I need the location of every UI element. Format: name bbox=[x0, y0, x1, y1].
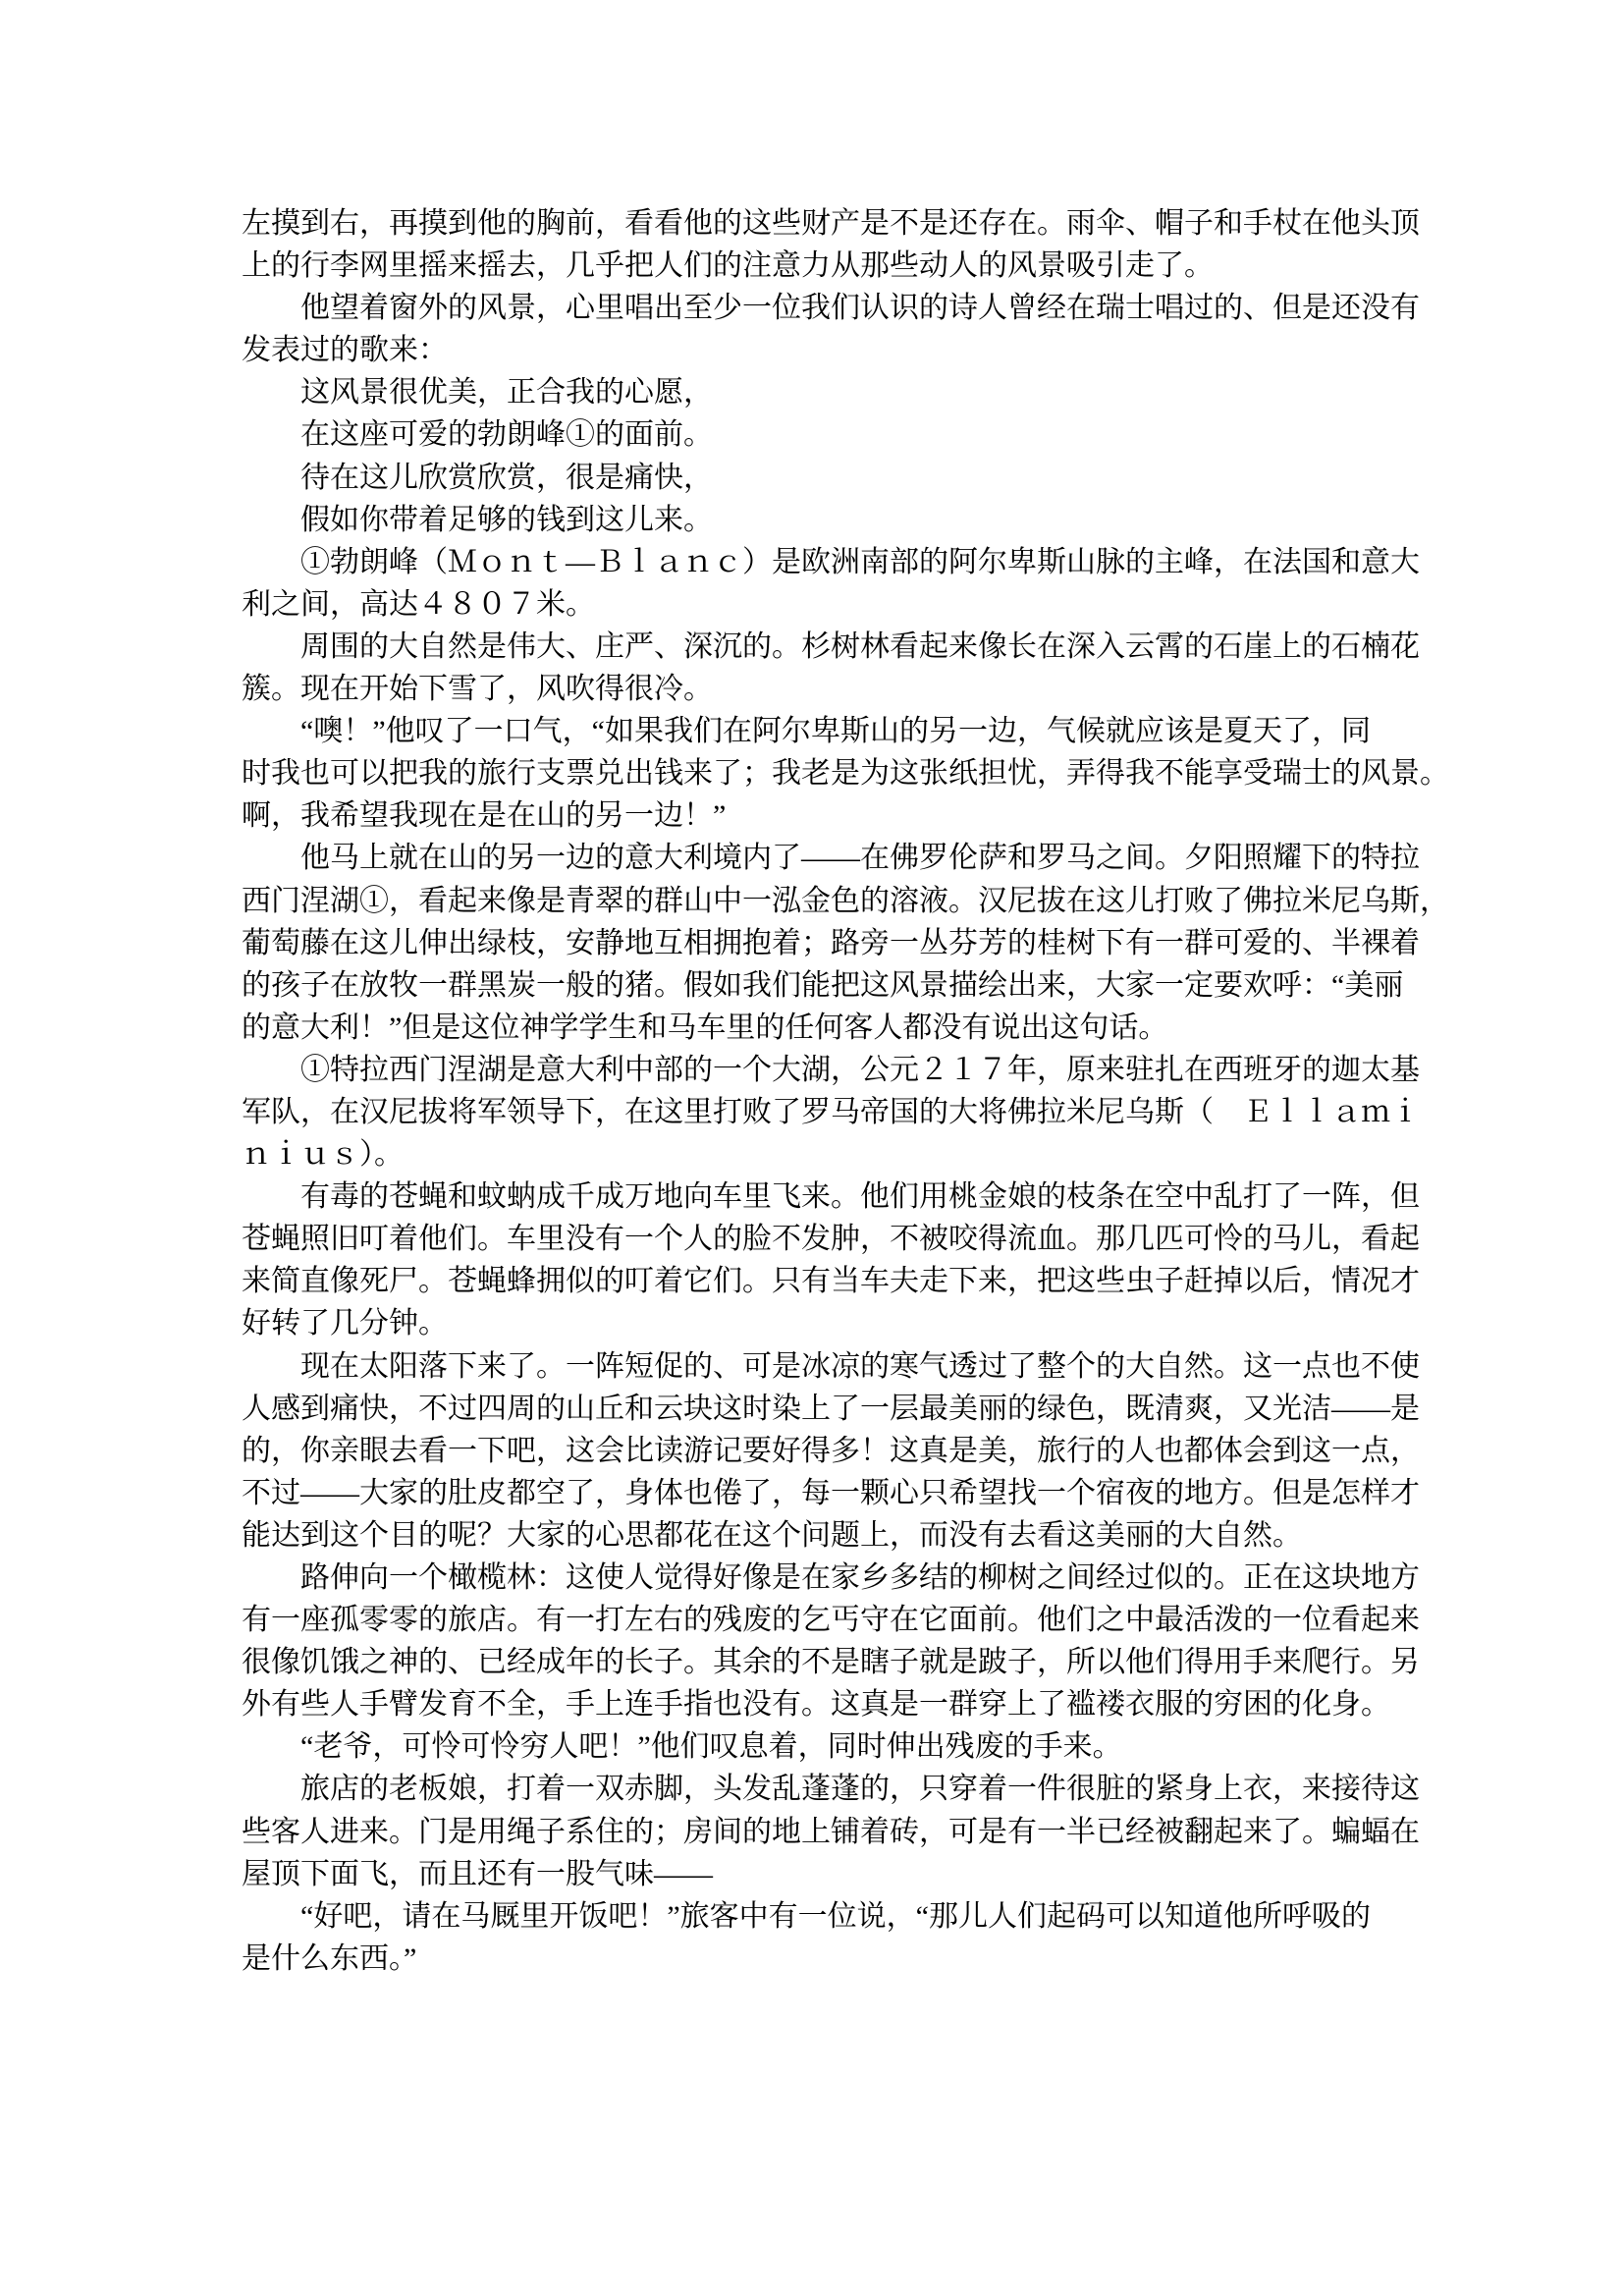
text-line: 西门涅湖①，看起来像是青翠的群山中一泓金色的溶液。汉尼拔在这儿打败了佛拉米尼乌斯… bbox=[242, 880, 1479, 922]
text-line: 苍蝇照旧叮着他们。车里没有一个人的脸不发肿，不被咬得流血。那几匹可怜的马儿，看起 bbox=[242, 1218, 1479, 1260]
text-line: 有一座孤零零的旅店。有一打左右的残废的乞丐守在它面前。他们之中最活泼的一位看起来 bbox=[242, 1599, 1479, 1641]
text-line: 发表过的歌来： bbox=[242, 329, 1479, 371]
text-line: ①特拉西门涅湖是意大利中部的一个大湖，公元２１７年，原来驻扎在西班牙的迦太基 bbox=[242, 1049, 1479, 1091]
text-line: 时我也可以把我的旅行支票兑出钱来了；我老是为这张纸担忧，弄得我不能享受瑞士的风景… bbox=[242, 752, 1479, 794]
text-column: 左摸到右，再摸到他的胸前，看看他的这些财产是不是还存在。雨伞、帽子和手杖在他头顶… bbox=[242, 202, 1479, 1980]
text-line: 假如你带着足够的钱到这儿来。 bbox=[242, 499, 1479, 541]
text-line: “老爷，可怜可怜穷人吧！”他们叹息着，同时伸出残废的手来。 bbox=[242, 1725, 1479, 1768]
text-line: 葡萄藤在这儿伸出绿枝，安静地互相拥抱着；路旁一丛芬芳的桂树下有一群可爱的、半裸着 bbox=[242, 922, 1479, 964]
text-line: 利之间，高达４８０７米。 bbox=[242, 583, 1479, 626]
text-line: 他马上就在山的另一边的意大利境内了——在佛罗伦萨和罗马之间。夕阳照耀下的特拉 bbox=[242, 837, 1479, 879]
text-line: 人感到痛快，不过四周的山丘和云块这时染上了一层最美丽的绿色，既清爽，又光洁——是 bbox=[242, 1388, 1479, 1430]
text-line: 在这座可爱的勃朗峰①的面前。 bbox=[242, 413, 1479, 456]
text-line: 的孩子在放牧一群黑炭一般的猪。假如我们能把这风景描绘出来，大家一定要欢呼：“美丽 bbox=[242, 964, 1479, 1007]
text-line: “好吧，请在马厩里开饭吧！”旅客中有一位说，“那儿人们起码可以知道他所呼吸的 bbox=[242, 1895, 1479, 1938]
text-line: 些客人进来。门是用绳子系住的；房间的地上铺着砖，可是有一半已经被翻起来了。蝙蝠在 bbox=[242, 1811, 1479, 1853]
text-line: ｎｉｕｓ）。 bbox=[242, 1133, 1479, 1175]
text-line: 好转了几分钟。 bbox=[242, 1302, 1479, 1344]
text-line: 待在这儿欣赏欣赏，很是痛快， bbox=[242, 457, 1479, 499]
text-line: “噢！”他叹了一口气，“如果我们在阿尔卑斯山的另一边，气候就应该是夏天了，同 bbox=[242, 710, 1479, 752]
text-line: 不过——大家的肚皮都空了，身体也倦了，每一颗心只希望找一个宿夜的地方。但是怎样才 bbox=[242, 1472, 1479, 1514]
text-line: 旅店的老板娘，打着一双赤脚，头发乱蓬蓬的，只穿着一件很脏的紧身上衣，来接待这 bbox=[242, 1768, 1479, 1810]
text-line: ①勃朗峰（Ｍｏｎｔ—Ｂｌａｎｃ）是欧洲南部的阿尔卑斯山脉的主峰，在法国和意大 bbox=[242, 541, 1479, 583]
document-page: 左摸到右，再摸到他的胸前，看看他的这些财产是不是还存在。雨伞、帽子和手杖在他头顶… bbox=[0, 0, 1623, 2296]
text-line: 他望着窗外的风景，心里唱出至少一位我们认识的诗人曾经在瑞士唱过的、但是还没有 bbox=[242, 287, 1479, 329]
text-line: 现在太阳落下来了。一阵短促的、可是冰凉的寒气透过了整个的大自然。这一点也不使 bbox=[242, 1345, 1479, 1388]
text-line: 很像饥饿之神的、已经成年的长子。其余的不是瞎子就是跛子，所以他们得用手来爬行。另 bbox=[242, 1641, 1479, 1683]
text-line: 屋顶下面飞，而且还有一股气味—— bbox=[242, 1853, 1479, 1895]
text-line: 来简直像死尸。苍蝇蜂拥似的叮着它们。只有当车夫走下来，把这些虫子赶掉以后，情况才 bbox=[242, 1260, 1479, 1302]
text-line: 军队，在汉尼拔将军领导下，在这里打败了罗马帝国的大将佛拉米尼乌斯（ Ｅｌｌａｍｉ bbox=[242, 1091, 1479, 1133]
text-line: 能达到这个目的呢？大家的心思都花在这个问题上，而没有去看这美丽的大自然。 bbox=[242, 1514, 1479, 1557]
text-line: 路伸向一个橄榄林：这使人觉得好像是在家乡多结的柳树之间经过似的。正在这块地方 bbox=[242, 1557, 1479, 1599]
text-line: 这风景很优美，正合我的心愿， bbox=[242, 371, 1479, 413]
text-line: 是什么东西。” bbox=[242, 1938, 1479, 1980]
text-line: 簇。现在开始下雪了，风吹得很冷。 bbox=[242, 668, 1479, 710]
text-line: 周围的大自然是伟大、庄严、深沉的。杉树林看起来像长在深入云霄的石崖上的石楠花 bbox=[242, 626, 1479, 668]
text-line: 外有些人手臂发育不全，手上连手指也没有。这真是一群穿上了褴褛衣服的穷困的化身。 bbox=[242, 1683, 1479, 1725]
text-line: 啊，我希望我现在是在山的另一边！” bbox=[242, 794, 1479, 837]
text-line: 的意大利！”但是这位神学学生和马车里的任何客人都没有说出这句话。 bbox=[242, 1007, 1479, 1049]
text-line: 左摸到右，再摸到他的胸前，看看他的这些财产是不是还存在。雨伞、帽子和手杖在他头顶 bbox=[242, 202, 1479, 245]
text-line: 上的行李网里摇来摇去，几乎把人们的注意力从那些动人的风景吸引走了。 bbox=[242, 245, 1479, 287]
text-line: 的，你亲眼去看一下吧，这会比读游记要好得多！这真是美，旅行的人也都体会到这一点， bbox=[242, 1430, 1479, 1472]
text-line: 有毒的苍蝇和蚊蚋成千成万地向车里飞来。他们用桃金娘的枝条在空中乱打了一阵，但 bbox=[242, 1175, 1479, 1218]
